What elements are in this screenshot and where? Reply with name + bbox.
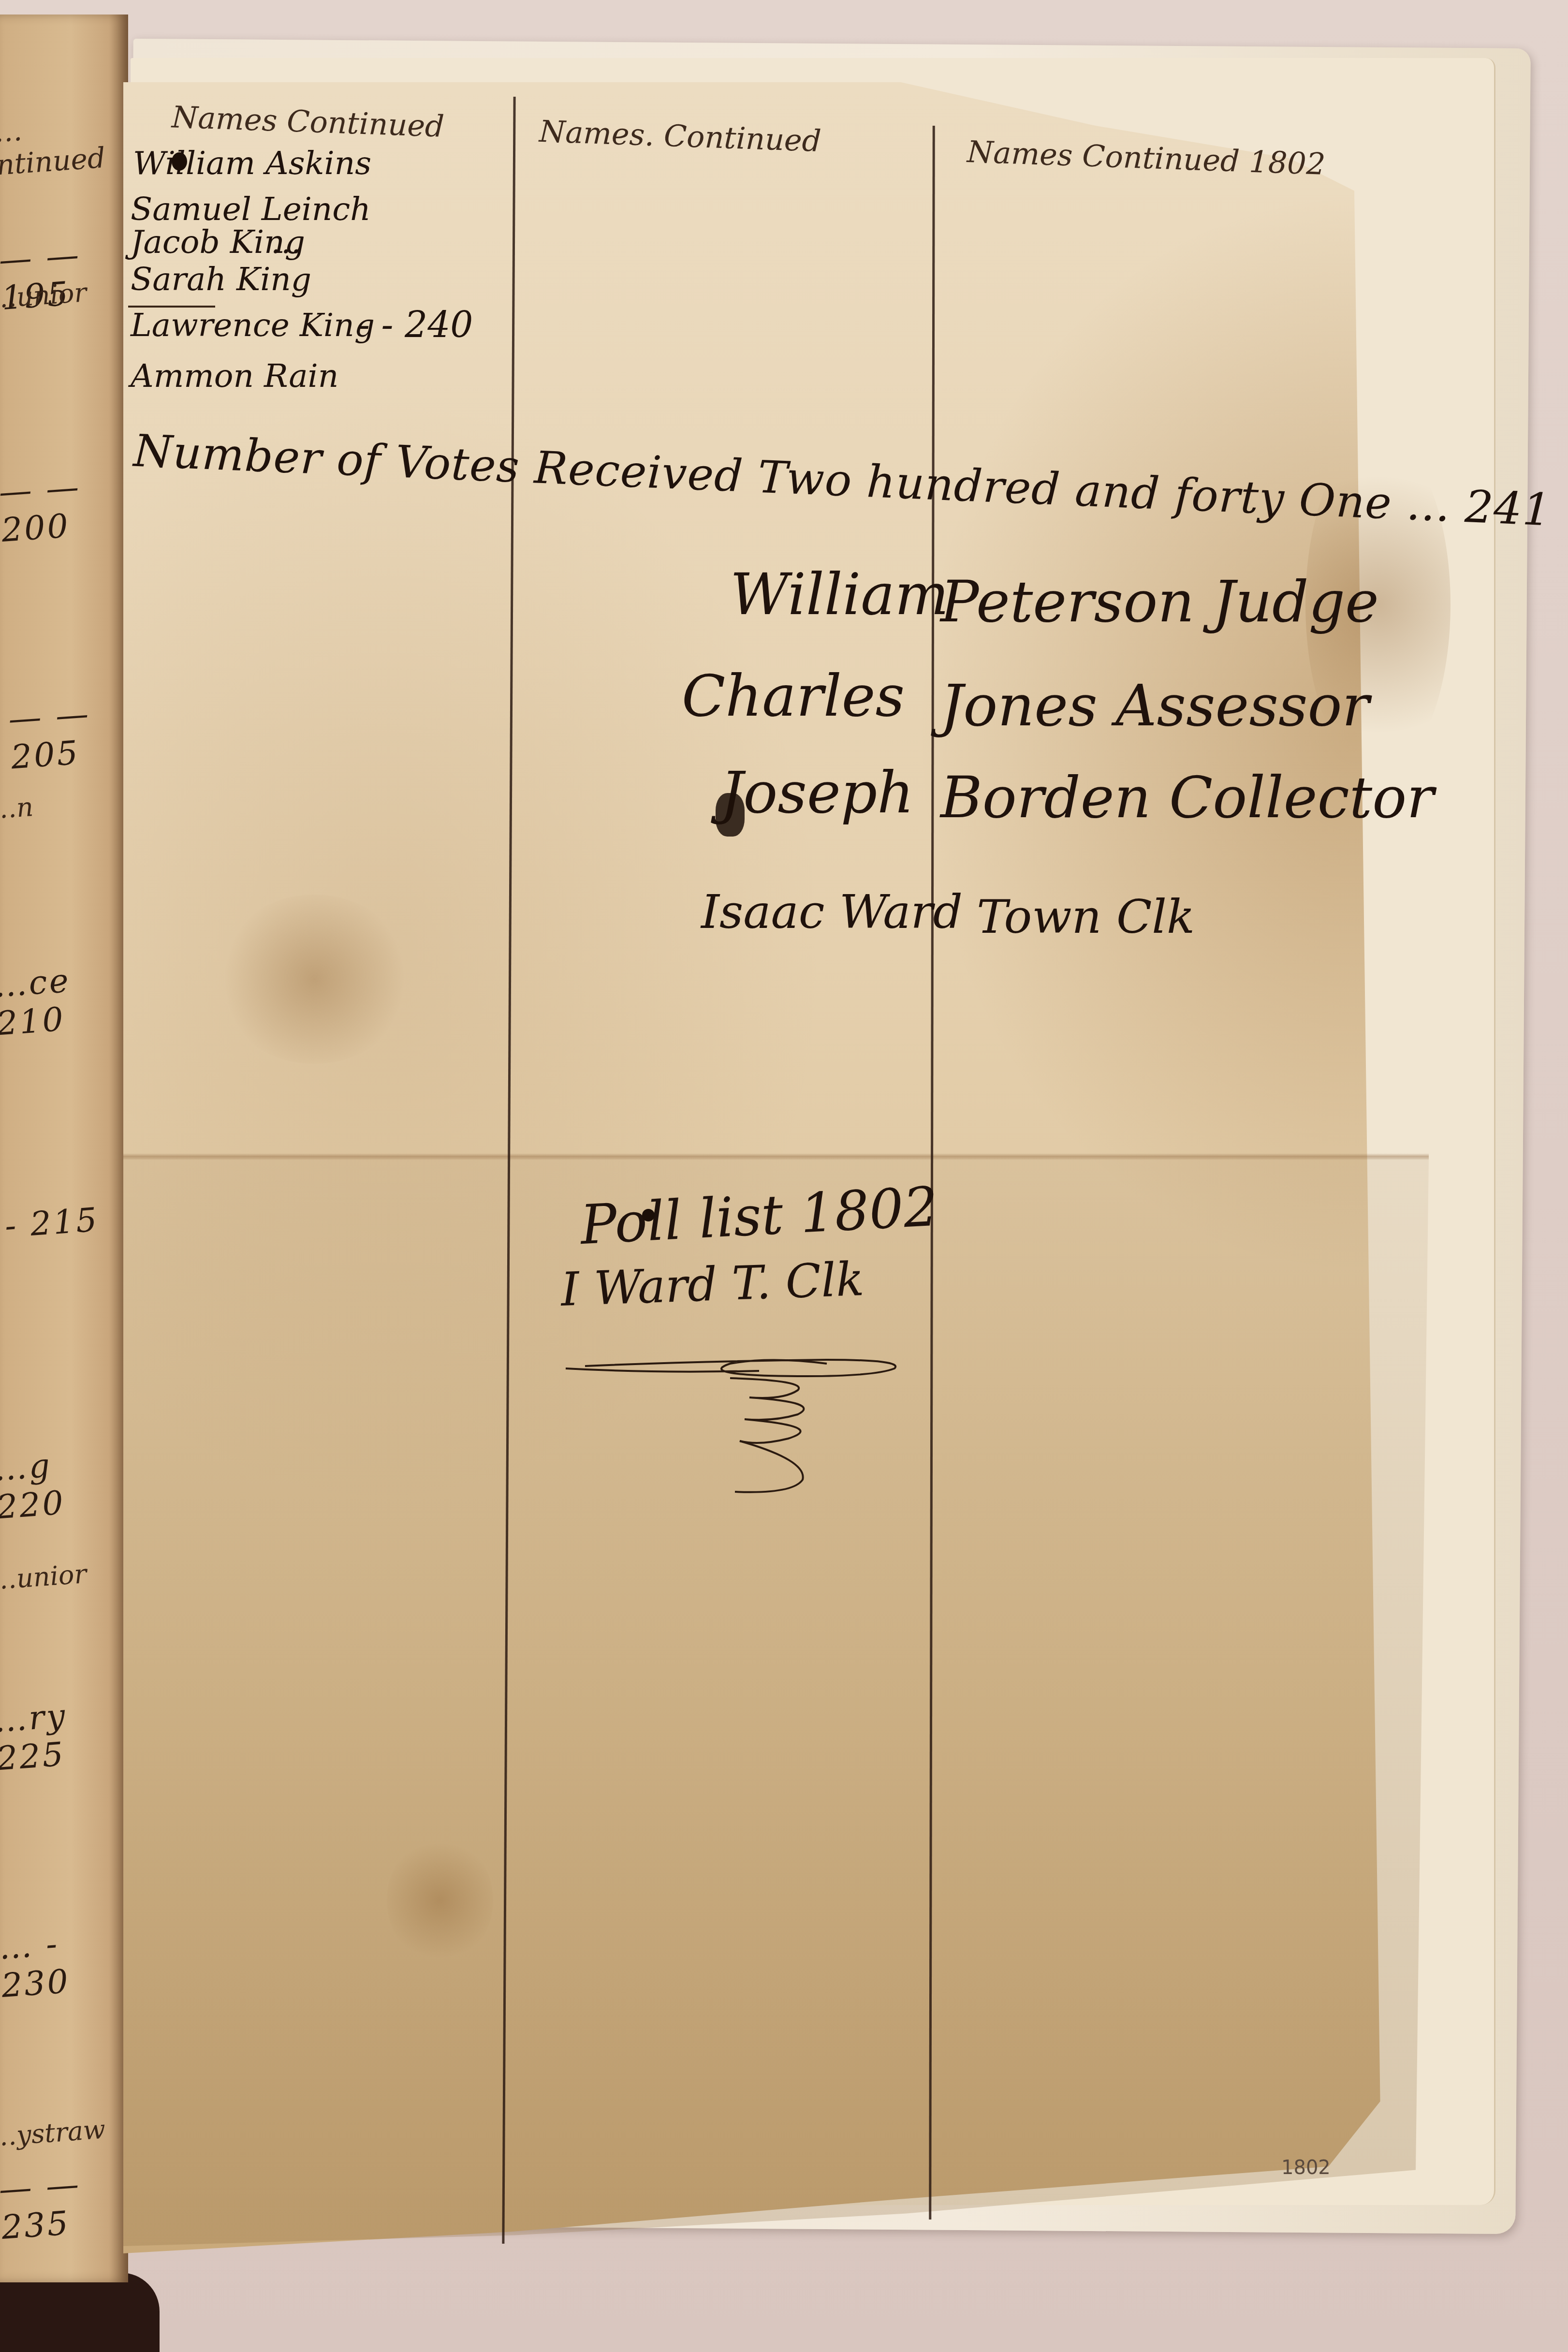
voter-tally: ... <box>271 226 301 258</box>
signature-flourish-icon <box>556 1349 923 1509</box>
endorsement-signature: I Ward T. Clk <box>560 1252 865 1317</box>
water-stain <box>387 1837 493 1963</box>
official-name: Isaac Ward <box>701 885 963 939</box>
left-entry: — — 205 <box>7 692 131 777</box>
ink-blot <box>642 1209 655 1221</box>
left-entry: …unior <box>0 1558 88 1596</box>
voter-name: Sarah King <box>131 264 311 295</box>
pencil-year-note: 1802 <box>1281 2157 1331 2179</box>
book-binding-corner <box>0 2273 160 2352</box>
left-page-header: …ntinued <box>0 107 130 182</box>
official-title: Town Clk <box>977 890 1195 944</box>
official-name: Charles <box>682 662 905 729</box>
left-entry: …g 220 <box>0 1441 131 1527</box>
voter-name: Samuel Leinch <box>131 193 371 225</box>
voter-name: Lawrence King <box>131 309 375 341</box>
water-stain <box>218 895 411 1064</box>
horizontal-fold-crease <box>123 1153 1429 1160</box>
left-entry: … - 230 <box>0 1920 131 2005</box>
official-name: Joseph <box>720 759 914 826</box>
voter-name: Ammon Rain <box>131 360 338 392</box>
left-entry: - 215 <box>3 1201 100 1245</box>
ink-blot <box>172 152 187 171</box>
official-title: Borden Collector <box>940 764 1434 831</box>
left-page-fragment: …ntinued — — 195 …unior — — 200 — — 205 … <box>0 15 128 2282</box>
voter-tally: - - 240 <box>358 307 473 343</box>
official-title: Jones Assessor <box>940 672 1369 739</box>
voter-name: William Askins <box>133 147 371 179</box>
ink-smudge <box>716 793 745 837</box>
left-entry: …ry 225 <box>0 1693 131 1779</box>
left-entry: …n <box>0 792 34 825</box>
left-entry: …ystraw <box>0 2114 106 2152</box>
left-entry: …ce 210 <box>0 958 131 1044</box>
official-title: Peterson Judge <box>940 568 1379 635</box>
left-entry: — — 235 <box>0 2162 131 2247</box>
left-entry: — — 200 <box>0 465 131 550</box>
official-name: William <box>730 561 949 628</box>
sheet-lower-half-tint <box>123 1158 1429 2246</box>
